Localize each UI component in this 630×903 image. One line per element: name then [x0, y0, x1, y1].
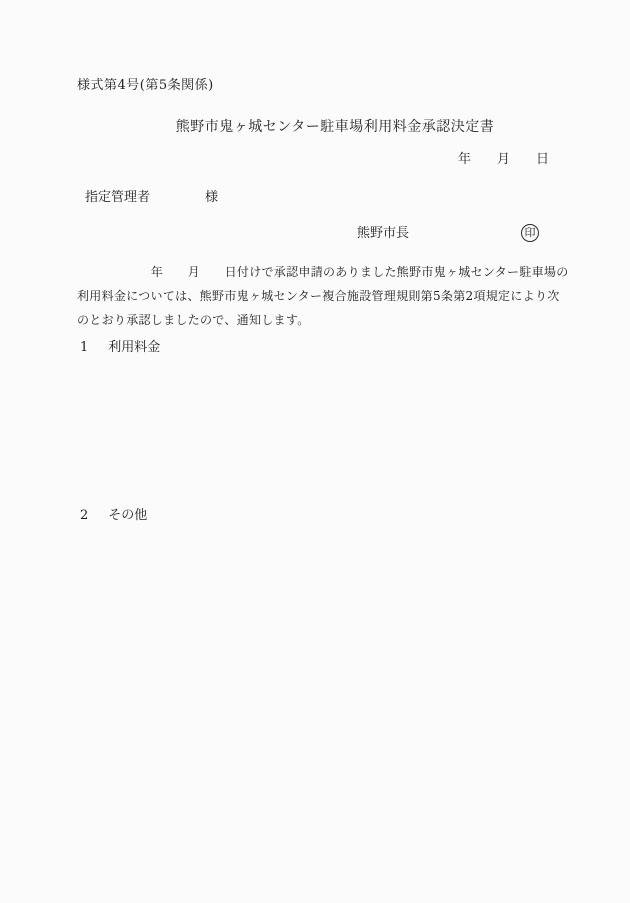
date-blank-line: 年 月 日 — [77, 152, 553, 168]
section-number: 1 — [80, 340, 88, 356]
addressee-line: 指定管理者様 — [77, 190, 553, 206]
paragraph-line: 利用料金については、熊野市鬼ヶ城センター複合施設管理規則第5条第2項規定により次 — [77, 284, 553, 308]
sender-line: 熊野市長 印 — [77, 224, 553, 244]
body-paragraph: 年 月 日付けで承認申請のありました熊野市鬼ヶ城センター駐車場の 利用料金につい… — [77, 260, 553, 332]
seal-mark-icon: 印 — [521, 224, 539, 242]
paragraph-line: のとおり承認しましたので、通知します。 — [77, 308, 553, 332]
document-title: 熊野市鬼ヶ城センター駐車場利用料金承認決定書 — [77, 118, 553, 136]
addressee-honorific: 様 — [205, 190, 218, 205]
document-page: 様式第4号(第5条関係) 熊野市鬼ヶ城センター駐車場利用料金承認決定書 年 月 … — [0, 0, 630, 903]
form-number: 様式第4号(第5条関係) — [77, 78, 553, 94]
section-heading-usage-fee: 1 利用料金 — [77, 340, 553, 356]
addressee-label: 指定管理者 — [85, 190, 150, 205]
section-number: 2 — [80, 508, 88, 524]
sender-name: 熊野市長 — [357, 226, 409, 242]
paragraph-line: 年 月 日付けで承認申請のありました熊野市鬼ヶ城センター駐車場の — [77, 260, 553, 284]
section-label: 利用料金 — [108, 340, 160, 356]
section-heading-other: 2 その他 — [77, 508, 553, 524]
section-label: その他 — [108, 508, 147, 524]
